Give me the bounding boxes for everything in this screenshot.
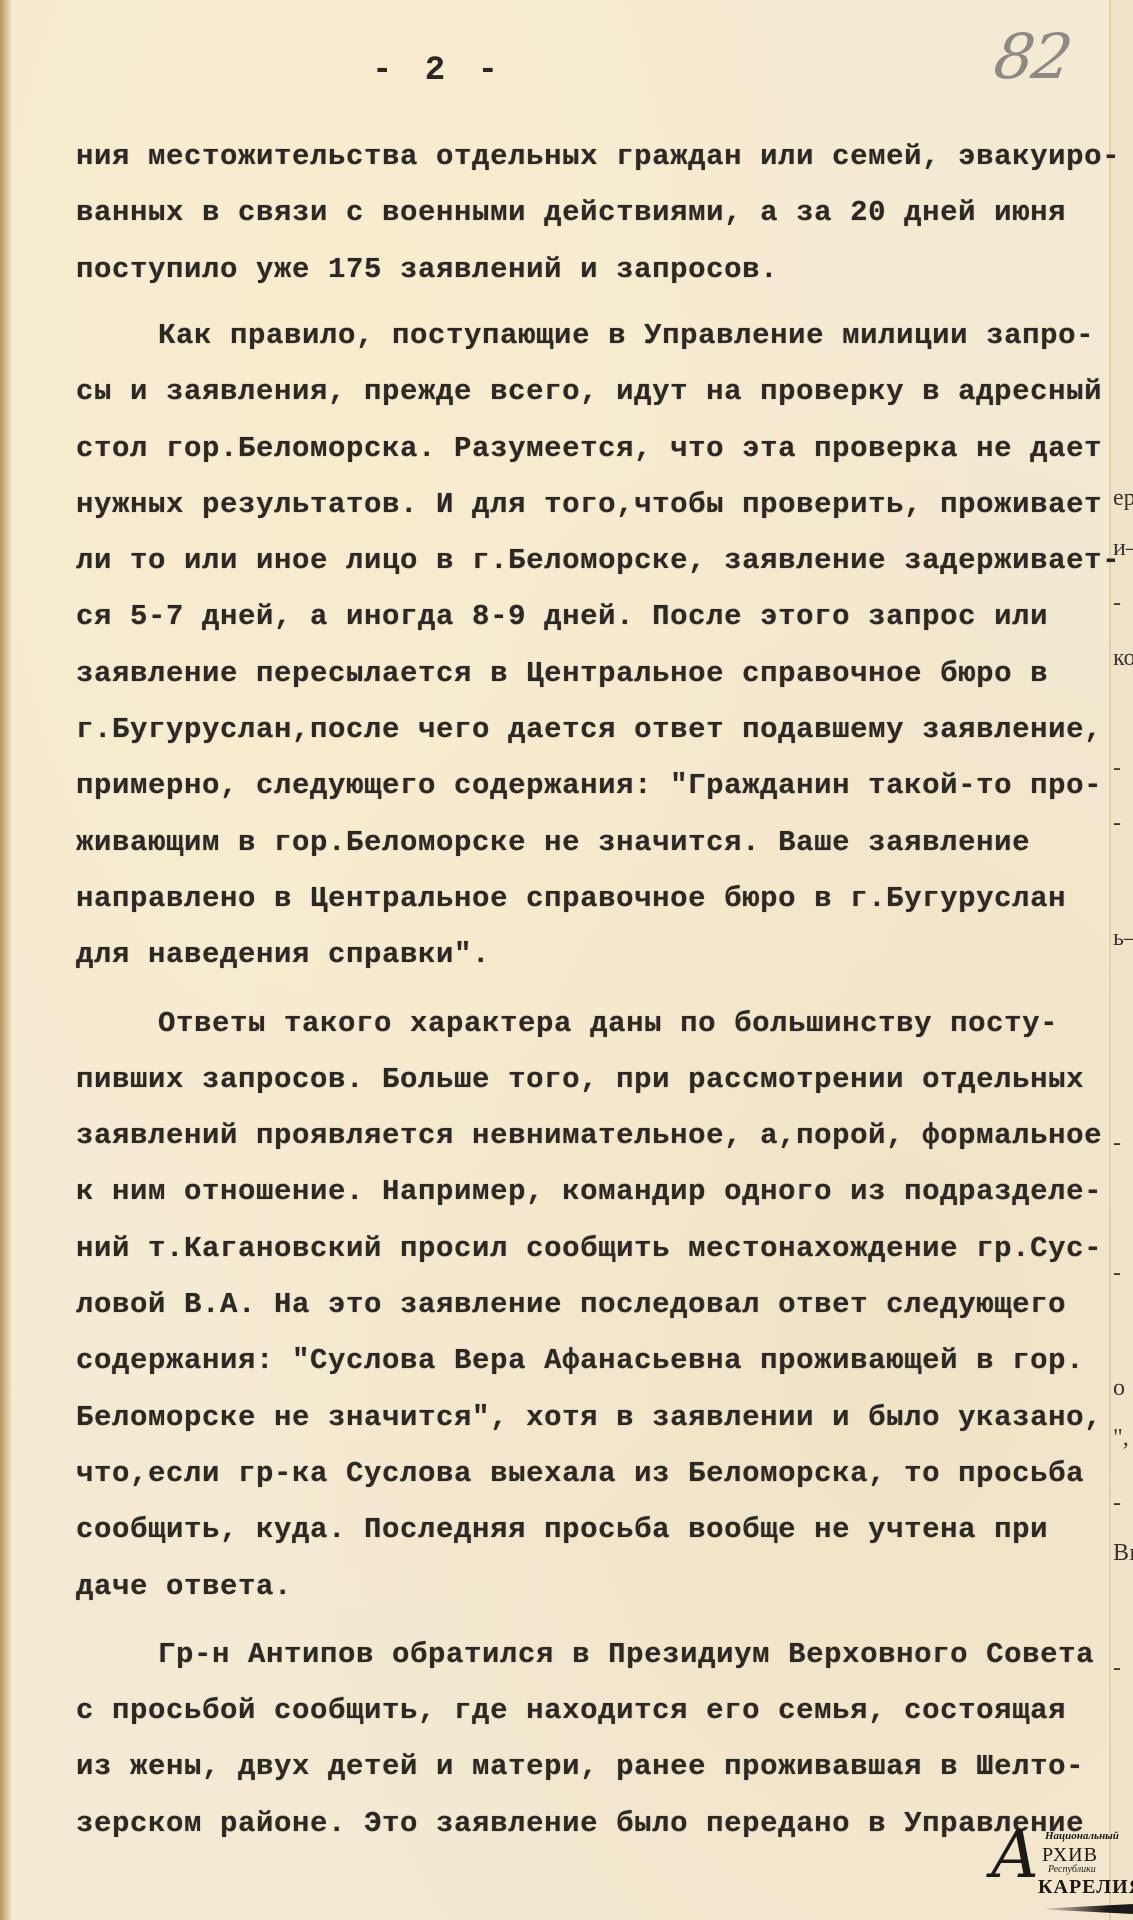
text-line: ния местожительства отдельных граждан ил… [76, 140, 1120, 173]
logo-line-4: КАРЕЛИЯ [1038, 1876, 1133, 1899]
page-number: - 2 - [372, 52, 504, 90]
margin-fragment: - [1113, 590, 1133, 617]
text-line: г.Бугуруслан,после чего дается ответ под… [76, 713, 1102, 746]
text-line: пивших запросов. Больше того, при рассмо… [76, 1063, 1084, 1096]
margin-fragment: и– [1113, 535, 1133, 562]
margin-fragment: - [1113, 1130, 1133, 1157]
text-line: даче ответа. [76, 1570, 292, 1603]
text-line: сообщить, куда. Последняя просьба вообще… [76, 1513, 1048, 1546]
text-line: заявление пересылается в Центральное спр… [76, 657, 1048, 690]
text-line: сы и заявления, прежде всего, идут на пр… [76, 375, 1102, 408]
margin-fragment: о [1113, 1375, 1133, 1402]
text-line: с просьбой сообщить, где находится его с… [76, 1694, 1066, 1727]
text-line: для наведения справки". [76, 938, 490, 971]
handwritten-folio-number: 82 [990, 20, 1075, 93]
margin-fragment: - [1113, 810, 1133, 837]
text-line: из жены, двух детей и матери, ранее прож… [76, 1750, 1084, 1783]
text-line: зерском районе. Это заявление было перед… [76, 1807, 1084, 1840]
margin-fragment: ь– [1113, 925, 1133, 952]
margin-fragment: - [1113, 755, 1133, 782]
text-line: поступило уже 175 заявлений и запросов. [76, 253, 778, 286]
text-line: Ответы такого характера даны по большинс… [158, 1007, 1058, 1040]
margin-fragment: - [1113, 1490, 1133, 1517]
logo-line-3: Республики [1048, 1864, 1096, 1875]
adjacent-page-strip [1111, 0, 1133, 1920]
text-line: к ним отношение. Например, командир одно… [76, 1175, 1102, 1208]
logo-initial: А [990, 1822, 1040, 1888]
text-line: ний т.Кагановский просил сообщить местон… [76, 1232, 1102, 1265]
page-fold-line [1109, 0, 1111, 1920]
text-line: ли то или иное лицо в г.Беломорске, заяв… [76, 544, 1120, 577]
text-line: заявлений проявляется невнимательное, а,… [76, 1119, 1102, 1152]
text-line: Гр-н Антипов обратился в Президиум Верхо… [158, 1638, 1094, 1671]
text-line: что,если гр-ка Суслова выехала из Беломо… [76, 1457, 1084, 1490]
text-line: ванных в связи с военными действиями, а … [76, 196, 1066, 229]
text-line: живающим в гор.Беломорске не значится. В… [76, 826, 1030, 859]
margin-fragment: ер [1113, 485, 1133, 512]
margin-fragment: - [1113, 1655, 1133, 1682]
text-line: нужных результатов. И для того,чтобы про… [76, 488, 1102, 521]
text-line: примерно, следующего содержания: "Гражда… [76, 769, 1102, 802]
text-line: стол гор.Беломорска. Разумеется, что эта… [76, 432, 1102, 465]
margin-fragment: ", [1113, 1425, 1133, 1452]
text-line: Беломорске не значится", хотя в заявлени… [76, 1401, 1102, 1434]
logo-line-1: Национальный [1045, 1830, 1119, 1842]
margin-fragment: - [1113, 1260, 1133, 1287]
text-line: ловой В.А. На это заявление последовал о… [76, 1288, 1066, 1321]
margin-fragment: ко [1113, 645, 1133, 672]
text-line: направлено в Центральное справочное бюро… [76, 882, 1066, 915]
text-line: ся 5-7 дней, а иногда 8-9 дней. После эт… [76, 600, 1048, 633]
text-line: содержания: "Суслова Вера Афанасьевна пр… [76, 1344, 1084, 1377]
archive-watermark-logo: А Национальный РХИВ Республики КАРЕЛИЯ [990, 1818, 1133, 1920]
quill-icon [1045, 1904, 1133, 1914]
margin-fragment: Вı [1113, 1540, 1133, 1567]
paper-left-edge [0, 0, 12, 1920]
text-line: Как правило, поступающие в Управление ми… [158, 319, 1094, 352]
